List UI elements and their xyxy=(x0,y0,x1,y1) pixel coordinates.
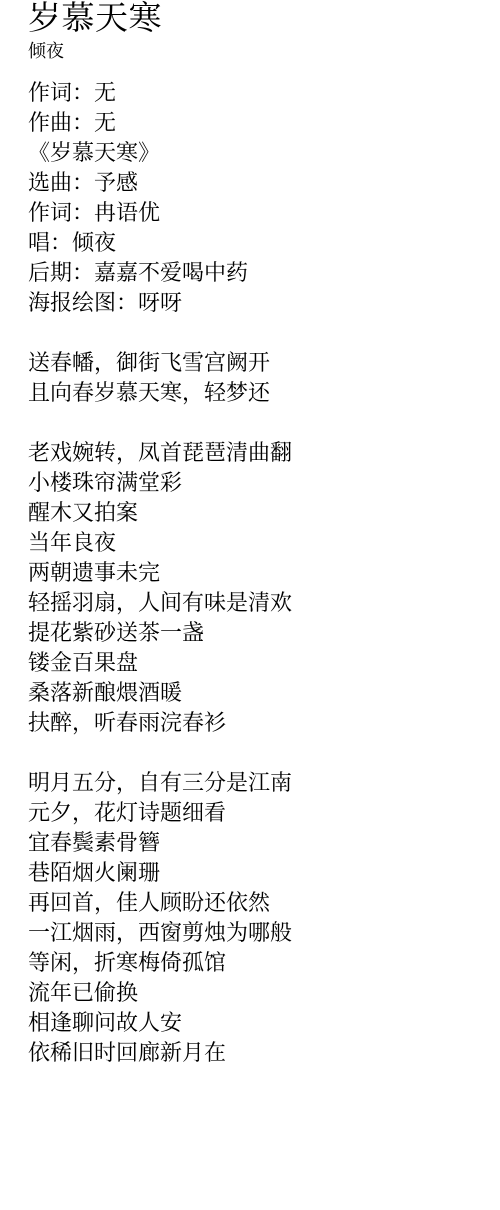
lyric-line: 作词：无 xyxy=(28,78,480,108)
lyric-line: 老戏婉转，凤首琵琶清曲翻 xyxy=(28,438,480,468)
lyric-line: 送春幡，御街飞雪宫阙开 xyxy=(28,348,480,378)
lyric-line: 宜春鬓素骨簪 xyxy=(28,828,480,858)
lyric-line: 扶醉，听春雨浣春衫 xyxy=(28,708,480,738)
lyric-line: 流年已偷换 xyxy=(28,978,480,1008)
lyric-line: 海报绘图：呀呀 xyxy=(28,288,480,318)
song-title: 岁慕天寒 xyxy=(28,0,480,36)
lyric-line: 再回首，佳人顾盼还依然 xyxy=(28,888,480,918)
lyric-line: 镂金百果盘 xyxy=(28,648,480,678)
lyric-line: 《岁慕天寒》 xyxy=(28,138,480,168)
lyric-blank-line xyxy=(28,408,480,438)
lyric-line: 提花紫砂送茶一盏 xyxy=(28,618,480,648)
lyric-line: 明月五分，自有三分是江南 xyxy=(28,768,480,798)
lyric-line: 桑落新酿煨酒暖 xyxy=(28,678,480,708)
lyric-line: 当年良夜 xyxy=(28,528,480,558)
lyric-line: 作曲：无 xyxy=(28,108,480,138)
lyric-line: 元夕，花灯诗题细看 xyxy=(28,798,480,828)
lyric-line: 等闲，折寒梅倚孤馆 xyxy=(28,948,480,978)
lyric-blank-line xyxy=(28,318,480,348)
lyric-line: 后期：嘉嘉不爱喝中药 xyxy=(28,258,480,288)
lyric-line: 小楼珠帘满堂彩 xyxy=(28,468,480,498)
lyric-line: 唱：倾夜 xyxy=(28,228,480,258)
lyric-line: 相逢聊问故人安 xyxy=(28,1008,480,1038)
lyric-line: 作词：冉语优 xyxy=(28,198,480,228)
lyric-line: 巷陌烟火阑珊 xyxy=(28,858,480,888)
lyric-line: 一江烟雨，西窗剪烛为哪般 xyxy=(28,918,480,948)
lyric-line: 且向春岁慕天寒，轻梦还 xyxy=(28,378,480,408)
lyric-line: 依稀旧时回廊新月在 xyxy=(28,1038,480,1068)
lyric-line: 醒木又拍案 xyxy=(28,498,480,528)
lyrics-page: 岁慕天寒 倾夜 作词：无作曲：无《岁慕天寒》选曲：予感作词：冉语优唱：倾夜后期：… xyxy=(0,0,500,1068)
lyrics-block: 作词：无作曲：无《岁慕天寒》选曲：予感作词：冉语优唱：倾夜后期：嘉嘉不爱喝中药海… xyxy=(28,78,480,1068)
artist-name: 倾夜 xyxy=(28,39,480,63)
lyric-line: 两朝遗事未完 xyxy=(28,558,480,588)
lyric-line: 选曲：予感 xyxy=(28,168,480,198)
lyric-blank-line xyxy=(28,738,480,768)
lyric-line: 轻摇羽扇，人间有味是清欢 xyxy=(28,588,480,618)
